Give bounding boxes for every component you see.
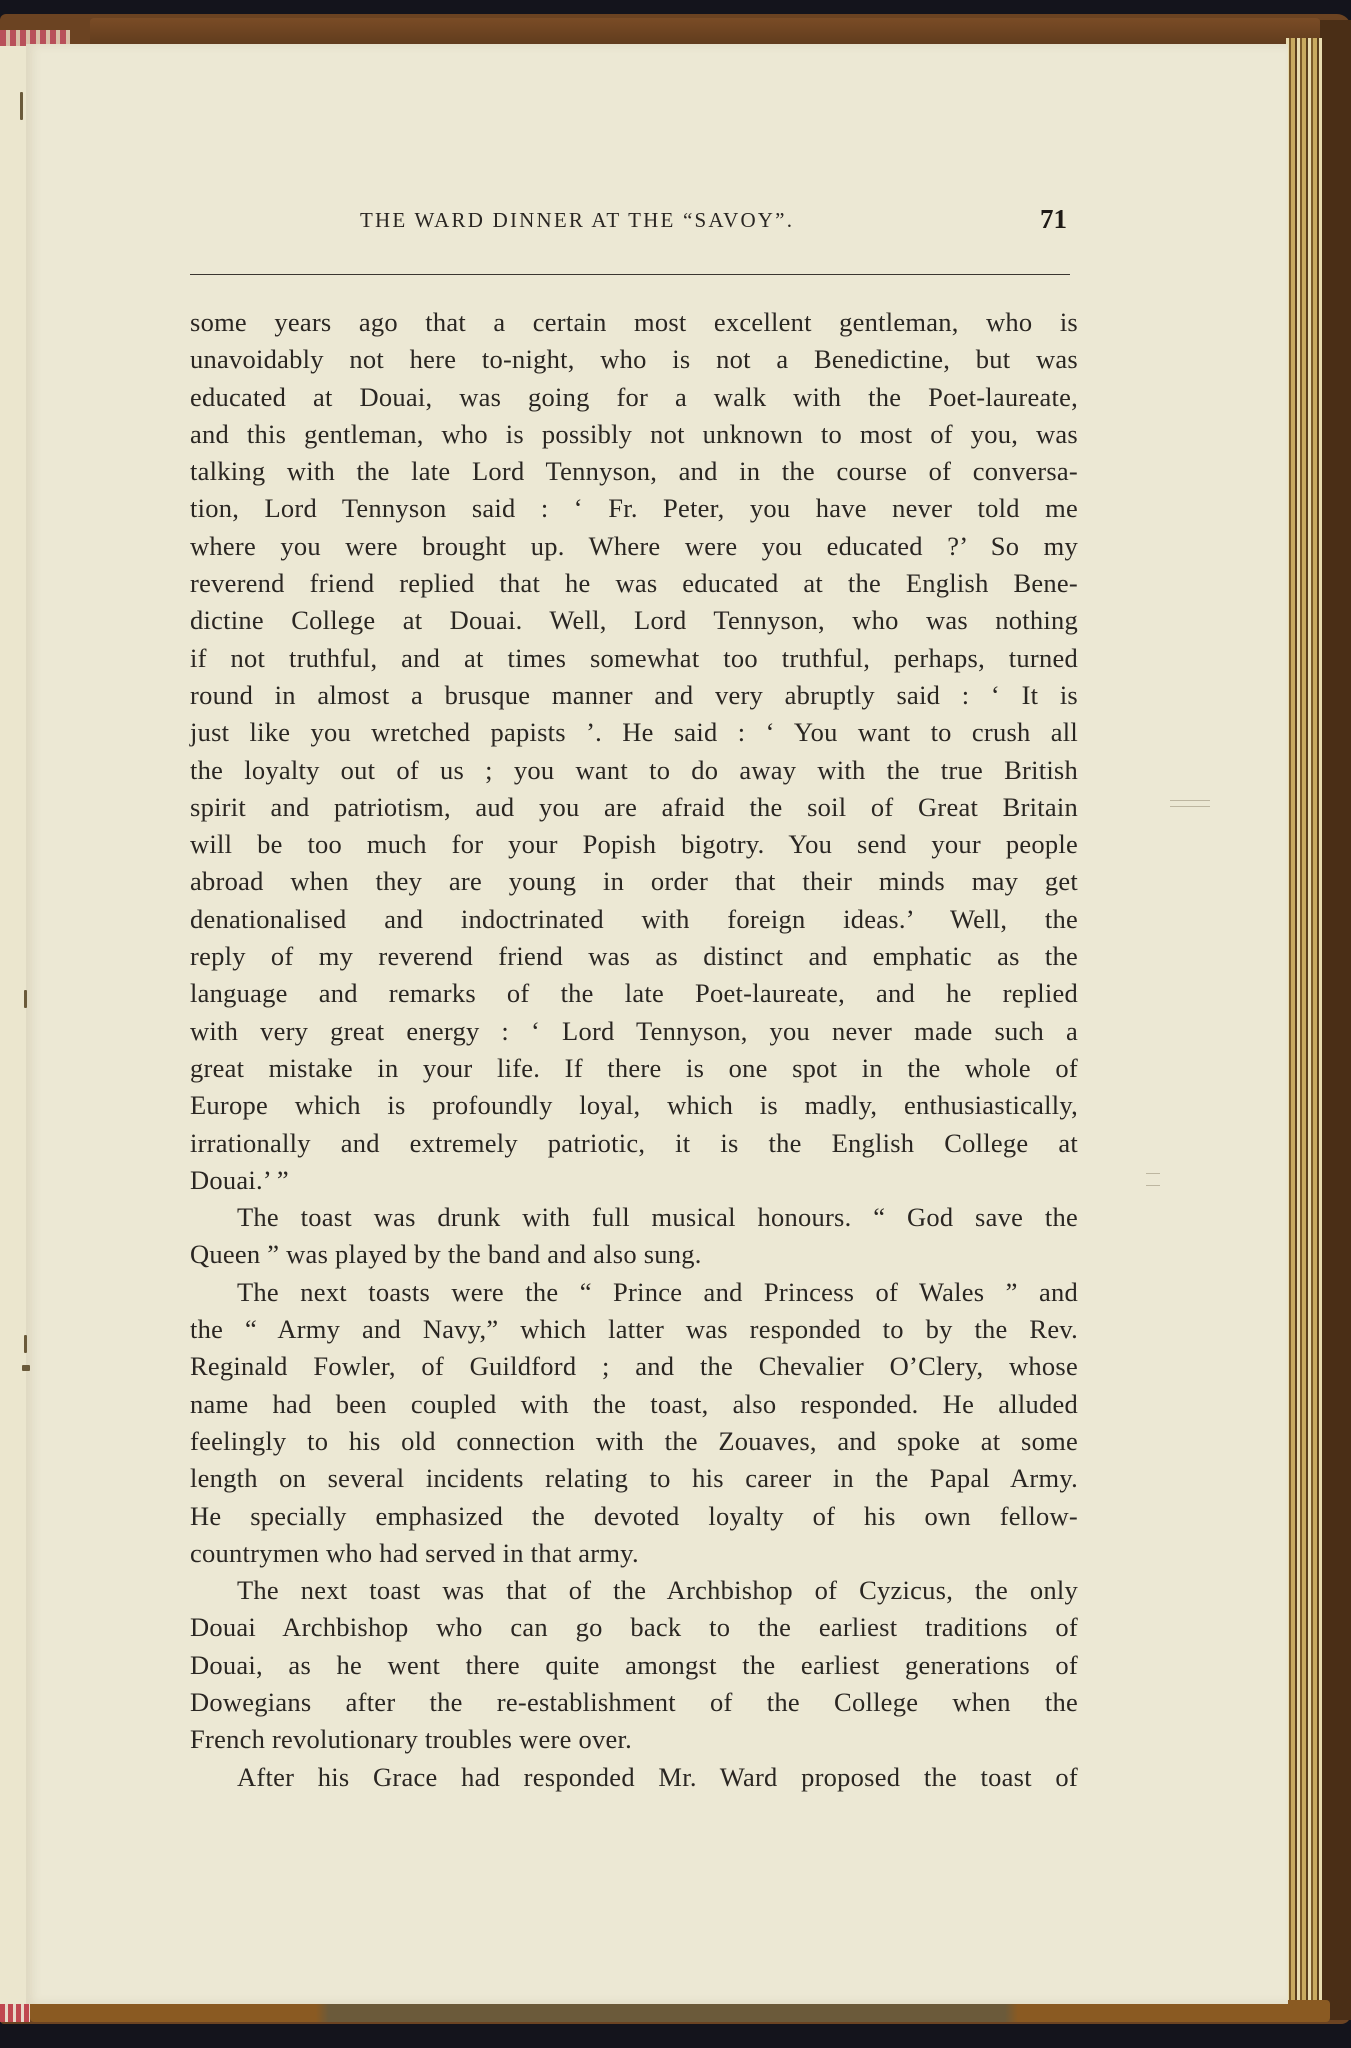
text-line: where you were brought up. Where were yo… xyxy=(190,528,1078,565)
text-line: abroad when they are young in order that… xyxy=(190,863,1078,900)
text-line: Douai, as he went there quite amongst th… xyxy=(190,1647,1078,1684)
text-line: He specially emphasized the devoted loya… xyxy=(190,1498,1078,1535)
margin-pencil-mark xyxy=(1170,806,1210,807)
text-line: spirit and patriotism, aud you are afrai… xyxy=(190,789,1078,826)
headband-bottom xyxy=(0,2004,30,2022)
text-line: After his Grace had responded Mr. Ward p… xyxy=(190,1759,1078,1796)
gutter-mark xyxy=(20,92,23,120)
text-line: Queen ” was played by the band and also … xyxy=(190,1236,1078,1273)
header-rule xyxy=(190,274,1070,275)
margin-pencil-mark xyxy=(1146,1185,1160,1186)
text-line: tion, Lord Tennyson said : ‘ Fr. Peter, … xyxy=(190,490,1078,527)
text-line: and this gentleman, who is possibly not … xyxy=(190,416,1078,453)
text-line: reverend friend replied that he was educ… xyxy=(190,565,1078,602)
text-line: Douai.’ ” xyxy=(190,1162,1078,1199)
text-line: The next toast was that of the Archbisho… xyxy=(190,1572,1078,1609)
text-line: Dowegians after the re-establishment of … xyxy=(190,1684,1078,1721)
text-line: unavoidably not here to-night, who is no… xyxy=(190,341,1078,378)
text-line: dictine College at Douai. Well, Lord Ten… xyxy=(190,602,1078,639)
text-line: will be too much for your Popish bigotry… xyxy=(190,826,1078,863)
gutter-previous-page xyxy=(0,46,27,2004)
text-line: with very great energy : ‘ Lord Tennyson… xyxy=(190,1013,1078,1050)
running-head: THE WARD DINNER AT THE “SAVOY”. xyxy=(360,208,794,233)
text-line: language and remarks of the late Poet-la… xyxy=(190,975,1078,1012)
text-line: reply of my reverend friend was as disti… xyxy=(190,938,1078,975)
text-line: denationalised and indoctrinated with fo… xyxy=(190,901,1078,938)
text-line: if not truthful, and at times somewhat t… xyxy=(190,640,1078,677)
margin-pencil-mark xyxy=(1170,800,1210,801)
text-line: the “ Army and Navy,” which latter was r… xyxy=(190,1311,1078,1348)
text-line: Douai Archbishop who can go back to the … xyxy=(190,1609,1078,1646)
text-line: some years ago that a certain most excel… xyxy=(190,304,1078,341)
text-line: The next toasts were the “ Prince and Pr… xyxy=(190,1274,1078,1311)
page-number: 71 xyxy=(1040,204,1067,235)
text-line: talking with the late Lord Tennyson, and… xyxy=(190,453,1078,490)
cover-right-edge xyxy=(1320,20,1351,2020)
text-line: just like you wretched papists ’. He sai… xyxy=(190,714,1078,751)
text-line: irrationally and extremely patriotic, it… xyxy=(190,1125,1078,1162)
text-line: The toast was drunk with full musical ho… xyxy=(190,1199,1078,1236)
text-line: educated at Douai, was going for a walk … xyxy=(190,379,1078,416)
text-line: length on several incidents relating to … xyxy=(190,1460,1078,1497)
gilt-page-edges xyxy=(1286,38,1322,2006)
text-line: round in almost a brusque manner and ver… xyxy=(190,677,1078,714)
text-line: French revolutionary troubles were over. xyxy=(190,1721,1078,1758)
text-line: name had been coupled with the toast, al… xyxy=(190,1386,1078,1423)
text-line: countrymen who had served in that army. xyxy=(190,1535,1078,1572)
text-line: great mistake in your life. If there is … xyxy=(190,1050,1078,1087)
gutter-mark xyxy=(24,990,27,1008)
gutter-mark xyxy=(22,1365,30,1371)
text-line: feelingly to his old connection with the… xyxy=(190,1423,1078,1460)
text-line: Reginald Fowler, of Guildford ; and the … xyxy=(190,1348,1078,1385)
margin-pencil-mark xyxy=(1146,1173,1160,1174)
text-line: the loyalty out of us ; you want to do a… xyxy=(190,752,1078,789)
gutter-mark xyxy=(24,1335,27,1353)
body-text: some years ago that a certain most excel… xyxy=(190,304,1078,1796)
text-line: Europe which is profoundly loyal, which … xyxy=(190,1087,1078,1124)
